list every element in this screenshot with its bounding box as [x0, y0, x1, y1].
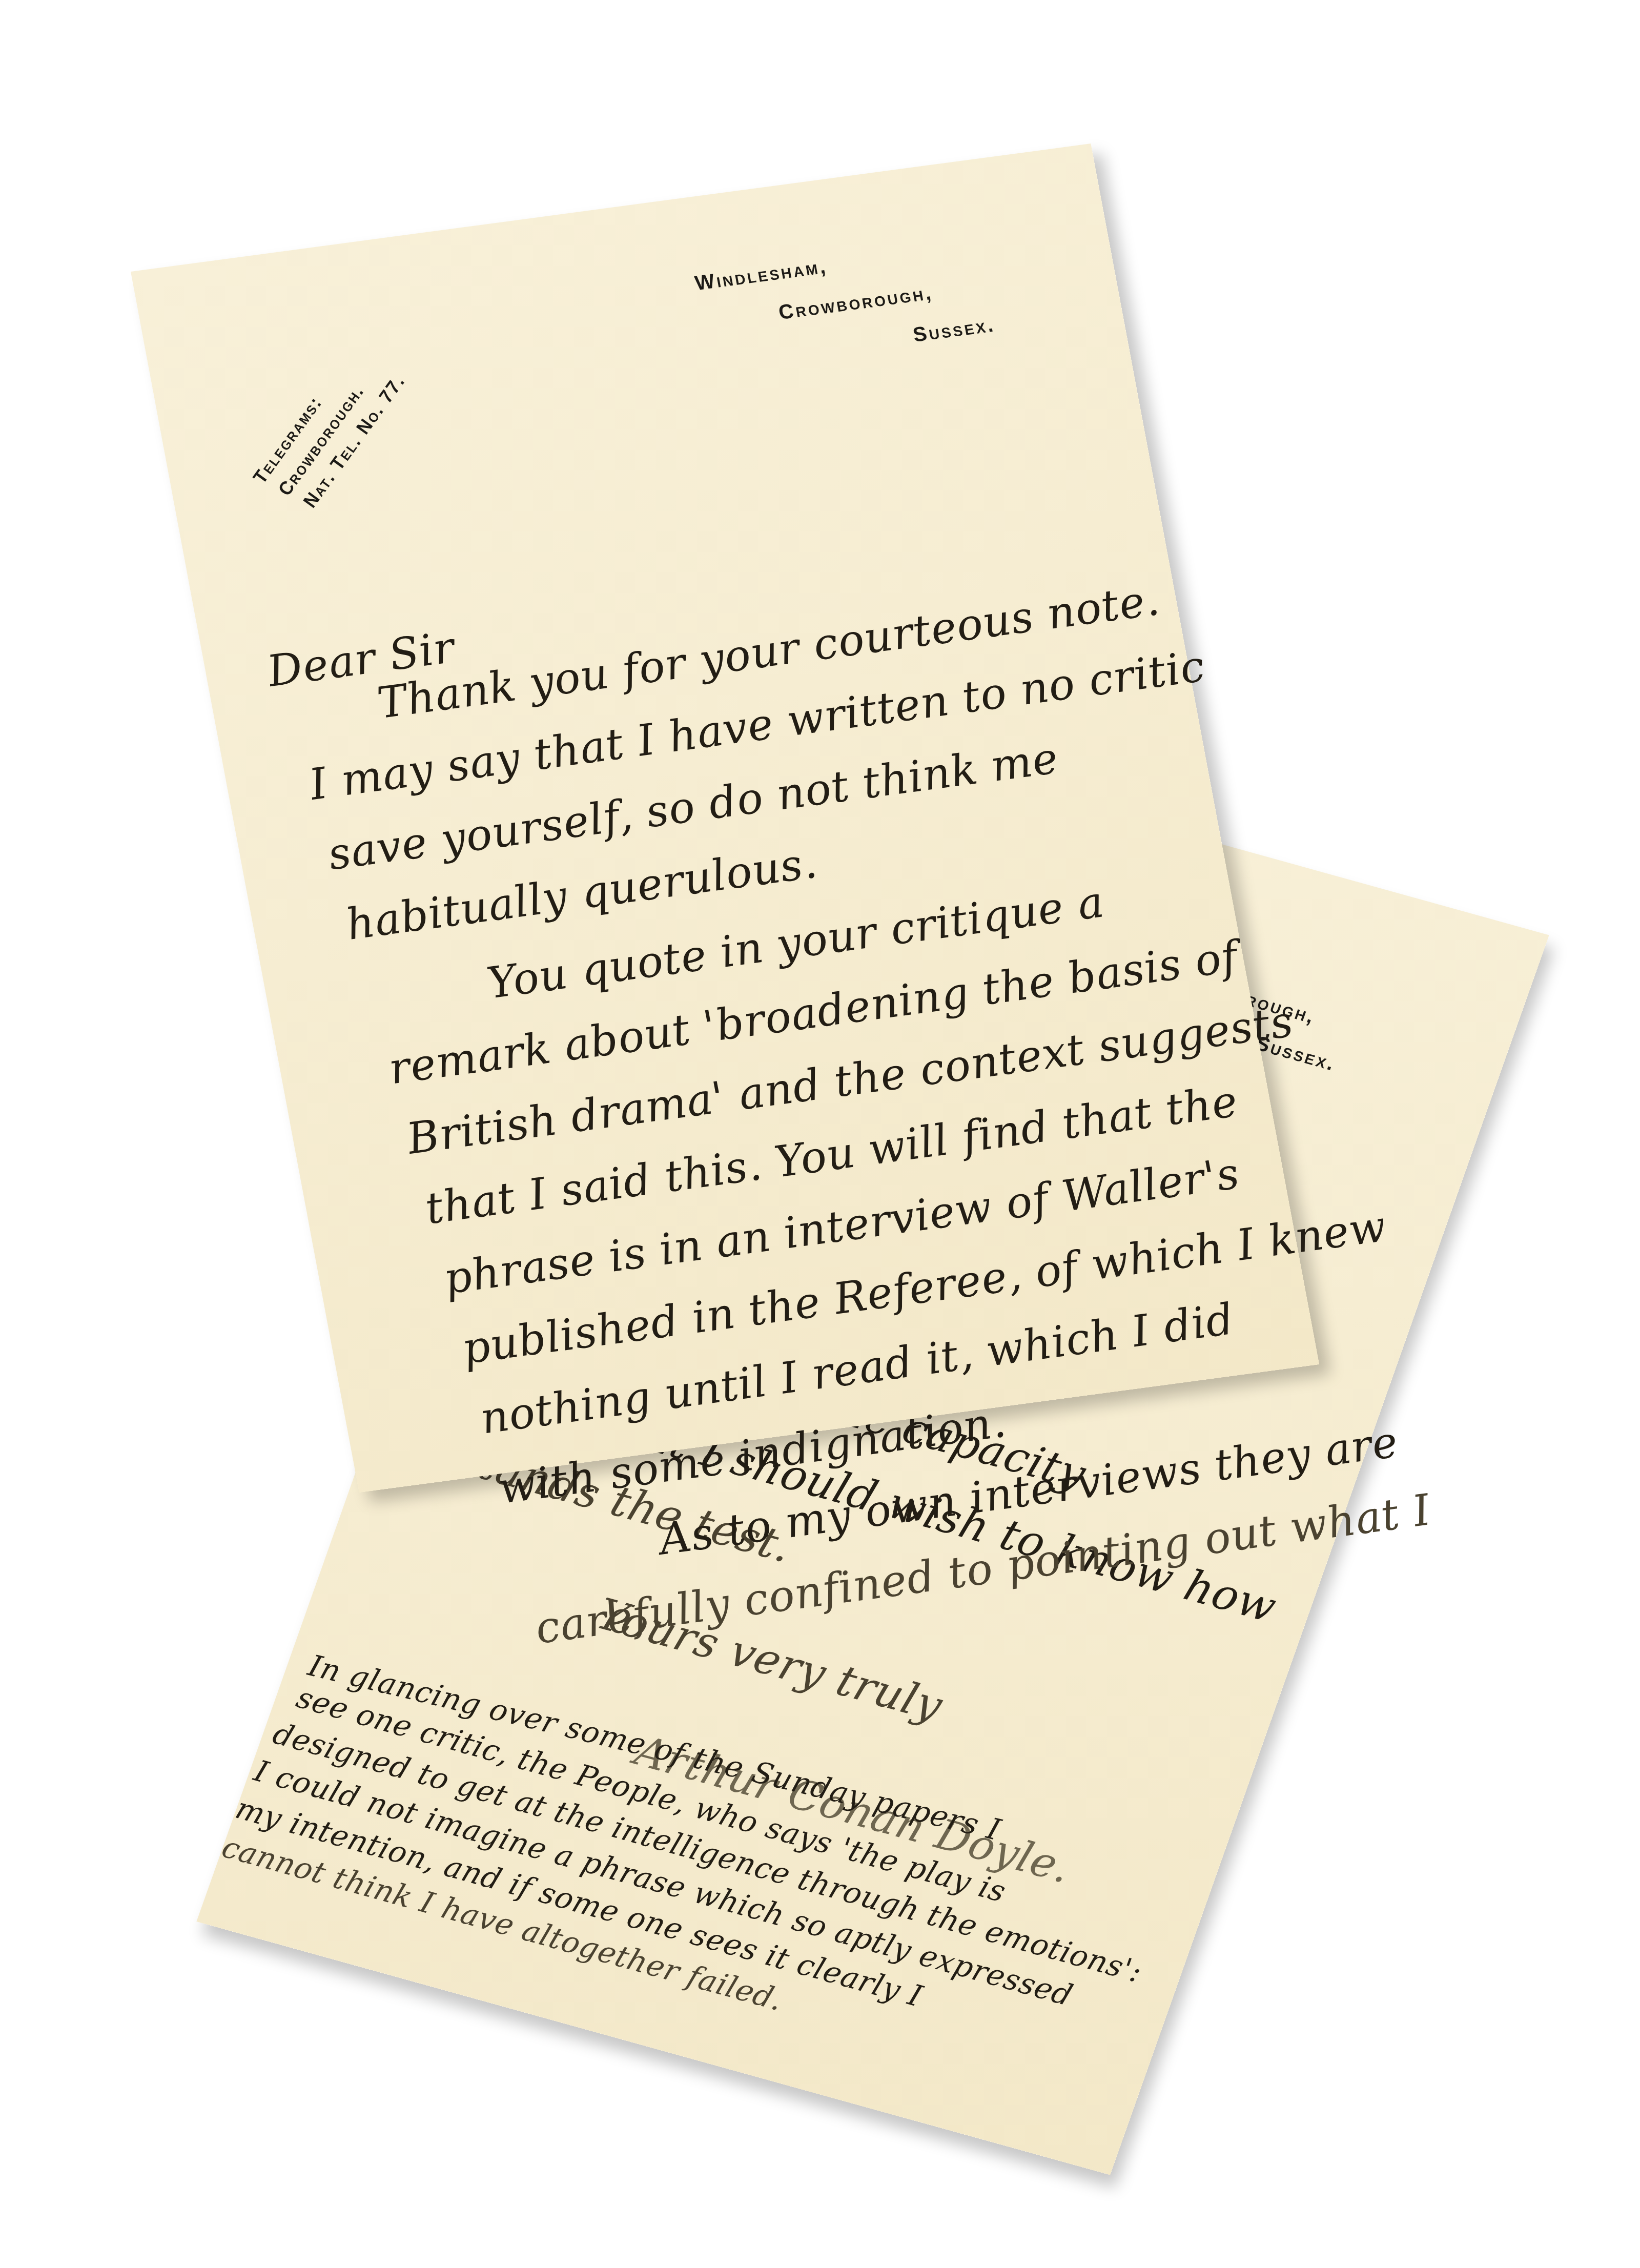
telegram-block: Telegrams: Crowborough. Nat. Tel. No. 77…	[247, 337, 412, 522]
letterhead-address: Windlesham, Crowborough, Sussex.	[691, 226, 998, 382]
letter-page-1: Telegrams: Crowborough. Nat. Tel. No. 77…	[131, 144, 1319, 1493]
